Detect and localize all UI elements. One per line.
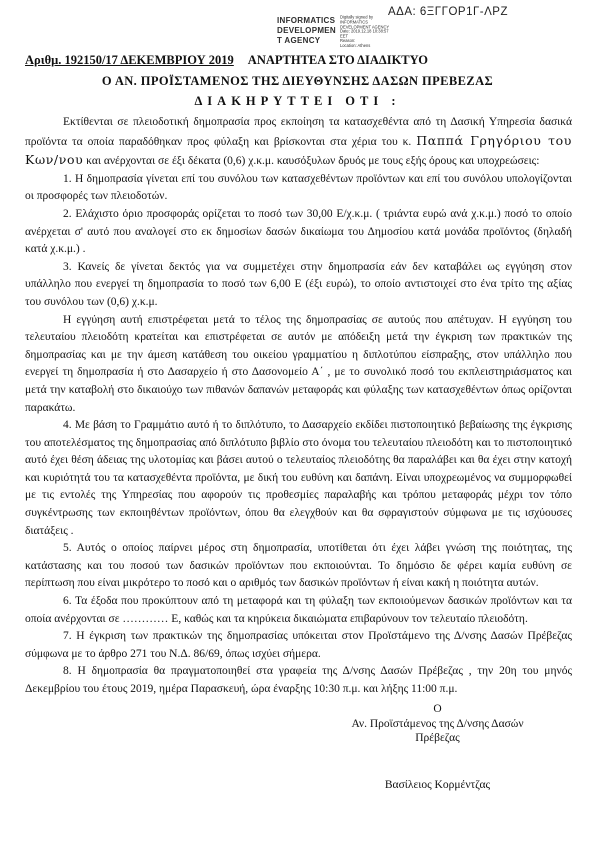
digital-signature-stamp: INFORMATICSDEVELOPMENT AGENCY Digitally … [277,16,420,57]
document-paragraph: 4. Με βάση το Γραμμάτιο αυτό ή το διπλότ… [25,417,572,540]
document-page: ΑΔΑ: 6ΞΓΓΟΡ1Γ-ΛΡΖ INFORMATICSDEVELOPMENT… [0,0,595,842]
signature-title: Αν. Προϊστάμενος της Δ/νσης Δασών [300,717,575,732]
document-paragraph: 8. Η δημοπρασία θα πραγματοποιηθεί στα γ… [25,663,572,698]
title-row: Αριθμ. 192150/17 ΔΕΚΕΜΒΡΙΟΥ 2019 ΑΝΑΡΤΗΤ… [25,53,572,68]
intro-text-after: και ανέρχονται σε έξι δέκατα (0,6) χ.κ.μ… [83,155,539,167]
signature-block: Ο Αν. Προϊστάμενος της Δ/νσης Δασών Πρέβ… [300,702,575,792]
document-paragraph: 6. Τα έξοδα που προκύπτουν από τη μεταφο… [25,593,572,628]
declaration-heading: ΔΙΑΚΗΡΥΤΤΕΙ ΟΤΙ : [0,94,595,109]
terms-paragraphs: 1. Η δημοπρασία γίνεται επί του συνόλου … [25,171,572,699]
stamp-agency-line: DEVELOPMEN [277,26,336,36]
document-paragraph: 5. Αυτός ο οποίος παίρνει μέρος στη δημο… [25,540,572,593]
document-number: Αριθμ. 192150/17 ΔΕΚΕΜΒΡΙΟΥ 2019 [25,53,234,68]
authority-title: Ο ΑΝ. ΠΡΟΪΣΤΑΜΕΝΟΣ ΤΗΣ ΔΙΕΥΘΥΝΣΗΣ ΔΑΣΩΝ … [0,74,595,89]
document-paragraph: Η εγγύηση αυτή επιστρέφεται μετά το τέλο… [25,312,572,418]
document-paragraph: 3. Κανείς δε γίνεται δεκτός για να συμμε… [25,259,572,312]
stamp-agency-line: T AGENCY [277,36,336,46]
stamp-signature-line: Location: Athens [340,45,406,50]
intro-paragraph: Εκτίθενται σε πλειοδοτική δημοπρασία προ… [25,114,572,171]
stamp-agency-line: INFORMATICS [277,16,336,26]
signature-article: Ο [300,702,575,717]
signature-location: Πρέβεζας [300,731,575,746]
internet-posting-note: ΑΝΑΡΤΗΤΕΑ ΣΤΟ ΔΙΑΔΙΚΤΥΟ [248,53,428,68]
document-paragraph: 1. Η δημοπρασία γίνεται επί του συνόλου … [25,171,572,206]
document-paragraph: 2. Ελάχιστο όριο προσφοράς ορίζεται το π… [25,206,572,259]
stamp-signature-details: Digitally signed byINFORMATICSDEVELOPMEN… [340,16,406,49]
signer-name: Βασίλειος Κορμέντζας [300,778,575,793]
document-paragraph: 7. Η έγκριση των πρακτικών της δημοπρασί… [25,628,572,663]
stamp-agency-name: INFORMATICSDEVELOPMENT AGENCY [277,16,336,57]
document-body: Εκτίθενται σε πλειοδοτική δημοπρασία προ… [25,114,572,699]
